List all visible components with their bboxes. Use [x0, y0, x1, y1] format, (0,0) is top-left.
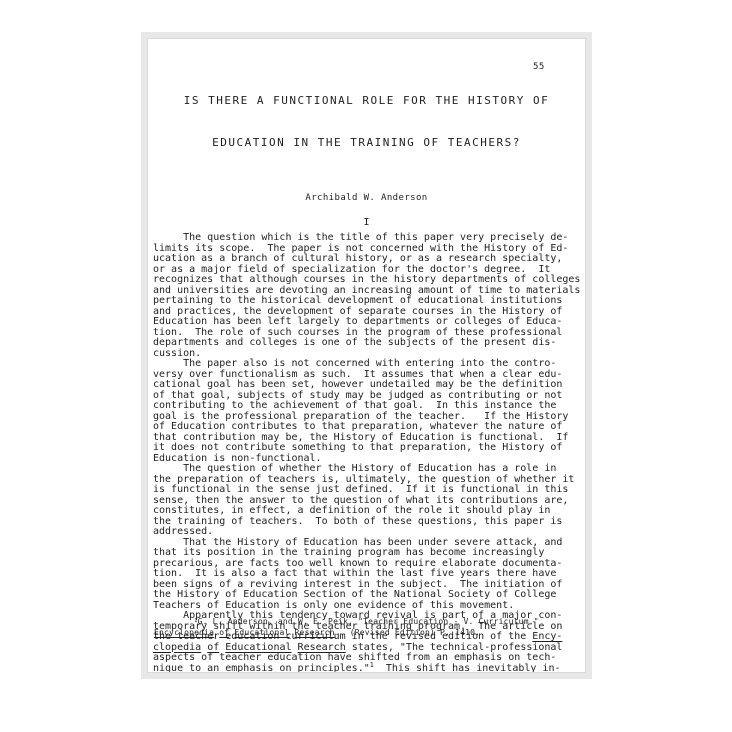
- text-line: it does not contribute something to that…: [153, 443, 585, 454]
- paragraph: The question which is the title of this …: [153, 233, 585, 359]
- text-line: the History of Education Section of the …: [153, 590, 585, 601]
- text-line: aspects of teacher education have shifte…: [153, 653, 585, 664]
- text-line: nique to an emphasis on principles."1 Th…: [153, 664, 585, 674]
- text-line: ucation as a branch of cultural history,…: [153, 254, 585, 265]
- text-line: departments and colleges is one of the s…: [153, 338, 585, 349]
- text-line: addressed.: [153, 527, 585, 538]
- paragraph: The question of whether the History of E…: [153, 464, 585, 538]
- paragraph: The paper also is not concerned with ent…: [153, 359, 585, 464]
- text-line: the training of teachers. To both of the…: [153, 517, 585, 528]
- footnote-line: Encyclopedia of Educational Research. (R…: [154, 627, 539, 638]
- text-line: pertaining to the historical development…: [153, 296, 585, 307]
- text-line: recognizes that although courses in the …: [153, 275, 585, 286]
- text-line: constitutes, in effect, a definition of …: [153, 506, 585, 517]
- document-page: 55 IS THERE A FUNCTIONAL ROLE FOR THE HI…: [147, 38, 586, 673]
- paper-title: IS THERE A FUNCTIONAL ROLE FOR THE HISTO…: [148, 39, 585, 178]
- footnote-line: 1G. L. Anderson, and W. E. Peik, "Teache…: [154, 616, 539, 627]
- page-number: 55: [533, 62, 545, 72]
- text-line: The paper also is not concerned with ent…: [153, 359, 585, 370]
- text-line: tion. It is also a fact that within the …: [153, 569, 585, 580]
- text-line: contributing to the achievement of that …: [153, 401, 585, 412]
- text-line: that its position in the training progra…: [153, 548, 585, 559]
- text-line: Education has been left largely to depar…: [153, 317, 585, 328]
- section-heading: I: [148, 217, 585, 229]
- text-line: The question of whether the History of E…: [153, 464, 585, 475]
- scan-mat: 55 IS THERE A FUNCTIONAL ROLE FOR THE HI…: [141, 32, 592, 679]
- author-name: Archibald W. Anderson: [148, 192, 585, 204]
- title-line: IS THERE A FUNCTIONAL ROLE FOR THE HISTO…: [148, 94, 585, 108]
- paragraph: That the History of Education has been u…: [153, 538, 585, 612]
- text-line: The question which is the title of this …: [153, 233, 585, 244]
- body-text: The question which is the title of this …: [148, 233, 585, 673]
- text-line: cational goal has been set, however unde…: [153, 380, 585, 391]
- screenshot-root: { "document": { "page_number": "55", "ti…: [0, 0, 732, 732]
- text-line: is functional in the sense just defined.…: [153, 485, 585, 496]
- title-line: EDUCATION IN THE TRAINING OF TEACHERS?: [148, 136, 585, 150]
- footnote: 1G. L. Anderson, and W. E. Peik, "Teache…: [154, 616, 539, 638]
- text-line: of Education contributes to that prepara…: [153, 422, 585, 433]
